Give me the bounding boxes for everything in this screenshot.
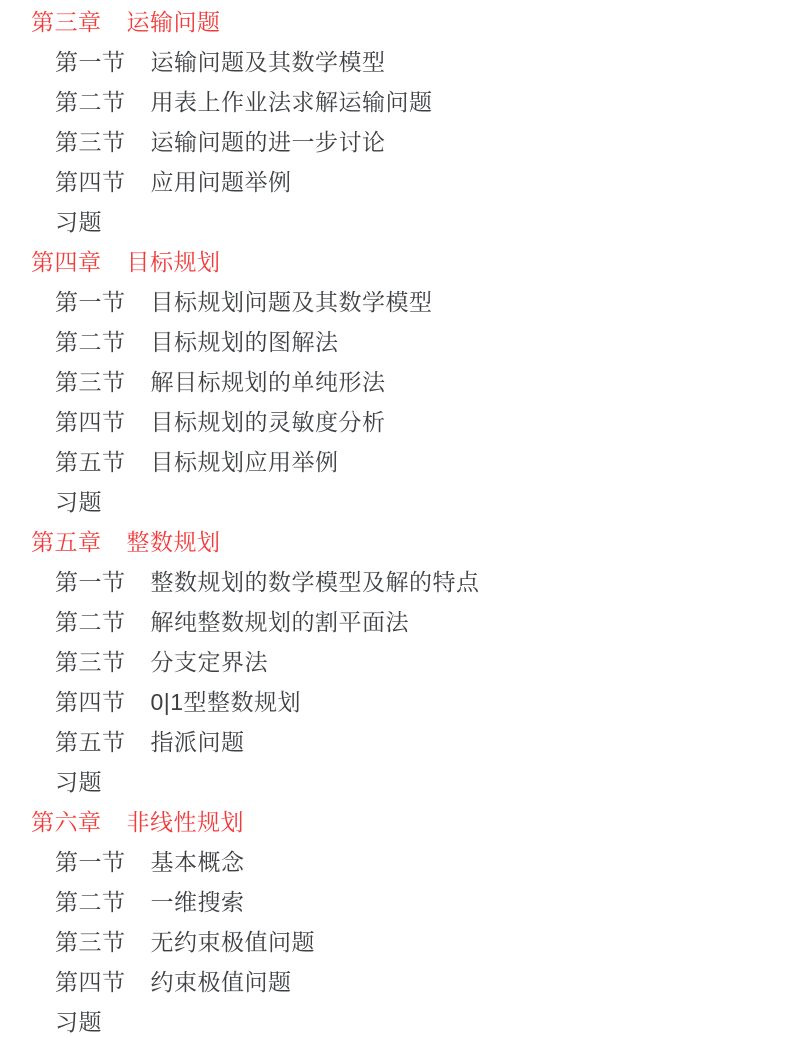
section-title: 解目标规划的单纯形法 [151,362,386,402]
toc-section-entry[interactable]: 第一节目标规划问题及其数学模型 [0,282,790,322]
toc-section-entry[interactable]: 第四节应用问题举例 [0,162,790,202]
chapter-heading[interactable]: 第五章整数规划 [0,522,790,562]
toc-section-entry[interactable]: 第四节目标规划的灵敏度分析 [0,402,790,442]
chapter-title: 目标规划 [127,242,221,282]
toc-section-entry[interactable]: 第二节目标规划的图解法 [0,322,790,362]
section-number: 第四节 [55,962,126,1002]
toc-section-entry[interactable]: 第一节整数规划的数学模型及解的特点 [0,562,790,602]
chapter-number: 第五章 [31,522,102,562]
section-title: 目标规划的图解法 [151,322,339,362]
section-title: 应用问题举例 [151,162,292,202]
toc-section-entry[interactable]: 第三节分支定界法 [0,642,790,682]
section-title: 无约束极值问题 [151,922,316,962]
section-number: 第三节 [55,642,126,682]
toc-exercises-entry[interactable]: 习题 [0,202,790,242]
toc-section-entry[interactable]: 第二节用表上作业法求解运输问题 [0,82,790,122]
section-number: 第二节 [55,322,126,362]
section-title: 一维搜索 [151,882,245,922]
chapter-heading[interactable]: 第六章非线性规划 [0,802,790,842]
toc-section-entry[interactable]: 第二节一维搜索 [0,882,790,922]
section-number: 第四节 [55,682,126,722]
exercises-label: 习题 [55,1002,102,1038]
chapter-heading[interactable]: 第四章目标规划 [0,242,790,282]
toc-exercises-entry[interactable]: 习题 [0,482,790,522]
section-title: 目标规划问题及其数学模型 [151,282,433,322]
section-number: 第五节 [55,442,126,482]
section-title: 运输问题及其数学模型 [151,42,386,82]
section-number: 第一节 [55,42,126,82]
chapter-number: 第四章 [31,242,102,282]
chapter-title: 运输问题 [127,2,221,42]
chapter-title: 非线性规划 [127,802,245,842]
section-number: 第三节 [55,922,126,962]
section-number: 第一节 [55,562,126,602]
toc-section-entry[interactable]: 第三节无约束极值问题 [0,922,790,962]
section-title: 指派问题 [151,722,245,762]
section-number: 第一节 [55,842,126,882]
toc-section-entry[interactable]: 第一节基本概念 [0,842,790,882]
section-number: 第四节 [55,402,126,442]
section-title: 约束极值问题 [151,962,292,1002]
toc-section-entry[interactable]: 第三节运输问题的进一步讨论 [0,122,790,162]
toc-section-entry[interactable]: 第五节指派问题 [0,722,790,762]
section-number: 第四节 [55,162,126,202]
section-title: 分支定界法 [151,642,269,682]
chapter-number: 第六章 [31,802,102,842]
section-number: 第一节 [55,282,126,322]
section-title: 运输问题的进一步讨论 [151,122,386,162]
toc-exercises-entry[interactable]: 习题 [0,762,790,802]
section-title: 目标规划应用举例 [151,442,339,482]
section-number: 第五节 [55,722,126,762]
chapter-title: 整数规划 [127,522,221,562]
table-of-contents: 第三章运输问题 第一节运输问题及其数学模型 第二节用表上作业法求解运输问题 第三… [0,0,790,1038]
toc-section-entry[interactable]: 第三节解目标规划的单纯形法 [0,362,790,402]
section-title: 用表上作业法求解运输问题 [151,82,433,122]
toc-section-entry[interactable]: 第一节运输问题及其数学模型 [0,42,790,82]
section-title: 目标规划的灵敏度分析 [151,402,386,442]
exercises-label: 习题 [55,762,102,802]
toc-section-entry[interactable]: 第四节0|1型整数规划 [0,682,790,722]
exercises-label: 习题 [55,202,102,242]
section-number: 第二节 [55,882,126,922]
toc-section-entry[interactable]: 第四节约束极值问题 [0,962,790,1002]
section-title: 0|1型整数规划 [151,682,302,722]
exercises-label: 习题 [55,482,102,522]
section-title: 解纯整数规划的割平面法 [151,602,410,642]
toc-section-entry[interactable]: 第二节解纯整数规划的割平面法 [0,602,790,642]
section-number: 第二节 [55,82,126,122]
toc-exercises-entry[interactable]: 习题 [0,1002,790,1038]
section-title: 整数规划的数学模型及解的特点 [151,562,480,602]
section-title: 基本概念 [151,842,245,882]
chapter-heading[interactable]: 第三章运输问题 [0,2,790,42]
section-number: 第三节 [55,122,126,162]
section-number: 第三节 [55,362,126,402]
toc-section-entry[interactable]: 第五节目标规划应用举例 [0,442,790,482]
chapter-number: 第三章 [31,2,102,42]
section-number: 第二节 [55,602,126,642]
